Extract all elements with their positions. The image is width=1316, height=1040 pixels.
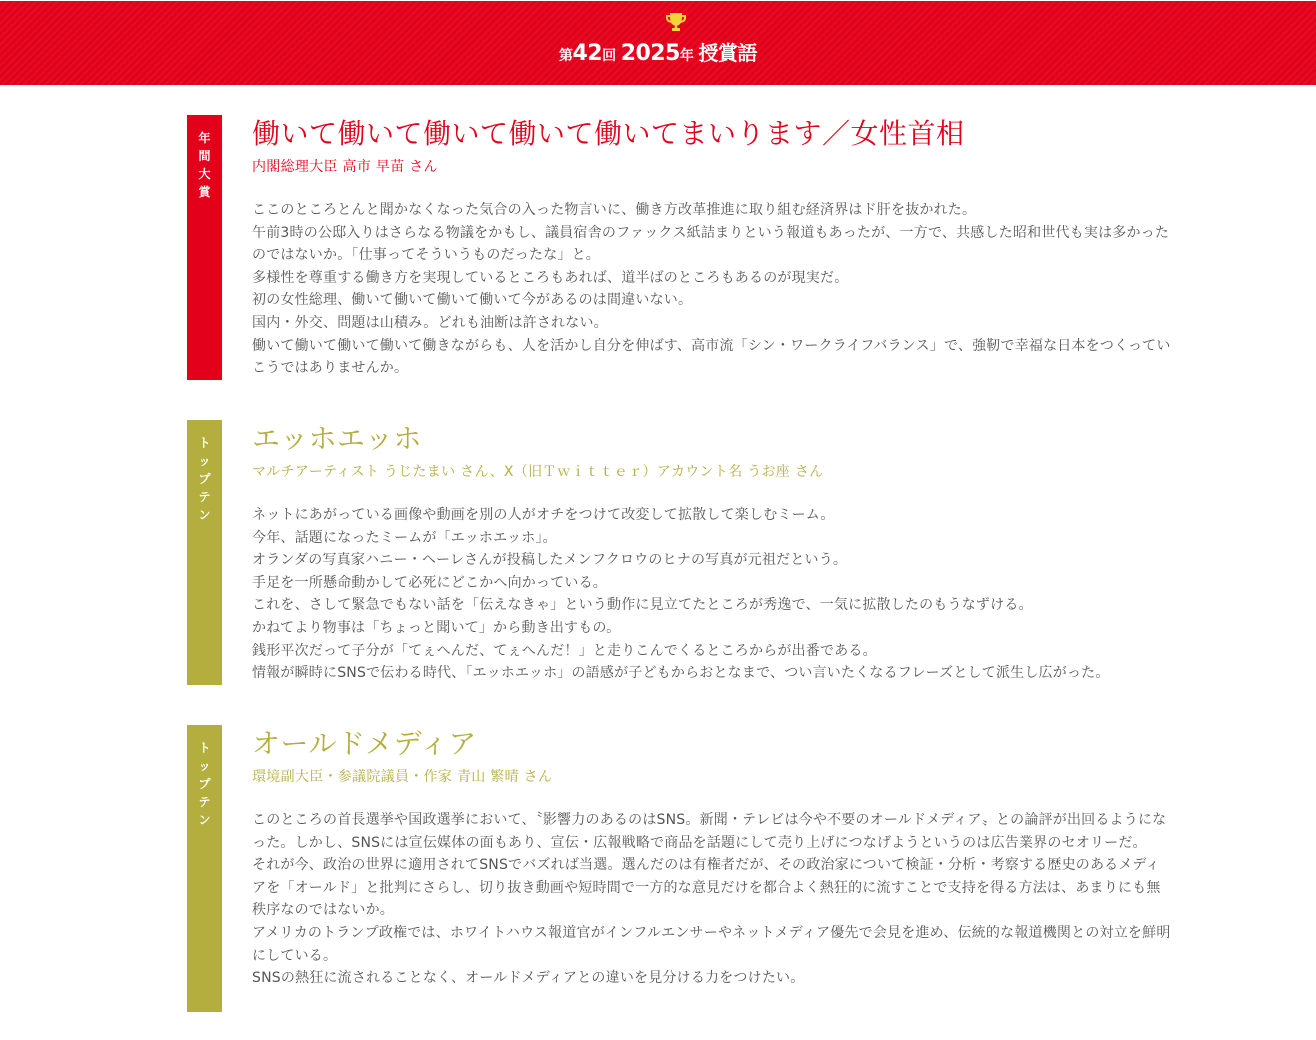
description-paragraph: SNSの熱狂に流されることなく、オールドメディアとの違いを見分ける力をつけたい。 — [252, 967, 1172, 990]
badge-char: プ — [187, 775, 222, 793]
description-paragraph: アメリカのトランプ政権では、ホワイトハウス報道官がインフルエンサーやネットメディ… — [252, 922, 1172, 967]
badge-char: ト — [187, 434, 222, 452]
trophy-icon — [665, 11, 687, 33]
description-paragraph: ここのところとんと聞かなくなった気合の入った物言いに、働き方改革推進に取り組む経… — [252, 199, 1172, 222]
award-phrase: 働いて働いて働いて働いて働いてまいります／女性首相 — [252, 115, 1172, 152]
year-suffix: 年 — [680, 48, 694, 64]
award-year: 2025 — [621, 41, 680, 66]
description-paragraph: かねてより物事は「ちょっと聞いて」から動き出すもの。 — [252, 617, 1172, 640]
award-recipient: マルチアーティスト うじたまい さん、X（旧Ｔｗｉｔｔｅｒ）アカウント名 うお座… — [252, 462, 1172, 482]
award-recipient: 内閣総理大臣 高市 早苗 さん — [252, 157, 1172, 177]
description-paragraph: このところの首長選挙や国政選挙において、〝影響力のあるのはSNS。新聞・テレビは… — [252, 809, 1172, 854]
award-content: 働いて働いて働いて働いて働いてまいります／女性首相 内閣総理大臣 高市 早苗 さ… — [252, 115, 1172, 380]
description-paragraph: 働いて働いて働いて働いて働きながらも、人を活かし自分を伸ばす、高市流「シン・ワー… — [252, 335, 1172, 380]
award-badge-top-ten: ト ッ プ テ ン — [187, 725, 222, 1012]
award-badge-grand-prize: 年 間 大 賞 — [187, 115, 222, 380]
award-description: このところの首長選挙や国政選挙において、〝影響力のあるのはSNS。新聞・テレビは… — [252, 809, 1172, 990]
award-description: ここのところとんと聞かなくなった気合の入った物言いに、働き方改革推進に取り組む経… — [252, 199, 1172, 380]
award-phrase: オールドメディア — [252, 725, 1172, 762]
award-recipient: 環境副大臣・参議院議員・作家 青山 繁晴 さん — [252, 767, 1172, 787]
description-paragraph: 情報が瞬時にSNSで伝わる時代、「エッホエッホ」の語感が子どもからおとなまで、つ… — [252, 662, 1172, 685]
badge-char: テ — [187, 793, 222, 811]
award-content: エッホエッホ マルチアーティスト うじたまい さん、X（旧Ｔｗｉｔｔｅｒ）アカウ… — [252, 420, 1172, 685]
description-paragraph: 初の女性総理、働いて働いて働いて働いて今があるのは間違いない。 — [252, 289, 1172, 312]
description-paragraph: これを、さして緊急でもない話を「伝えなきゃ」という動作に見立てたところが秀逸で、… — [252, 594, 1172, 617]
badge-char: ン — [187, 506, 222, 524]
badge-char: ン — [187, 811, 222, 829]
description-paragraph: 多様性を尊重する働き方を実現しているところもあれば、道半ばのところもあるのが現実… — [252, 267, 1172, 290]
description-paragraph: それが今、政治の世界に適用されてSNSでバズれば当選。選んだのは有権者だが、その… — [252, 854, 1172, 922]
description-paragraph: 銭形平次だって子分が「てぇへんだ、てぇへんだ！」と走りこんでくるところからが出番… — [252, 640, 1172, 663]
description-paragraph: 国内・外交、問題は山積み。どれも油断は許されない。 — [252, 312, 1172, 335]
page-title: 第42回 2025年 授賞語 — [0, 37, 1316, 66]
description-paragraph: オランダの写真家ハニー・ヘーレさんが投稿したメンフクロウのヒナの写真が元祖だとい… — [252, 549, 1172, 572]
badge-char: ッ — [187, 452, 222, 470]
title-prefix: 第 — [559, 48, 573, 64]
badge-char: 年 — [187, 129, 222, 147]
badge-char: 大 — [187, 165, 222, 183]
badge-char: 間 — [187, 147, 222, 165]
description-paragraph: 午前3時の公邸入りはさらなる物議をかもし、議員宿舎のファックス紙詰まりという報道… — [252, 222, 1172, 267]
description-paragraph: ネットにあがっている画像や動画を別の人がオチをつけて改変して拡散して楽しむミーム… — [252, 504, 1172, 527]
description-paragraph: 今年、話題になったミームが「エッホエッホ」。 — [252, 527, 1172, 550]
award-entry-grand-prize: 年 間 大 賞 働いて働いて働いて働いて働いてまいります／女性首相 内閣総理大臣… — [187, 115, 1177, 380]
award-badge-top-ten: ト ッ プ テ ン — [187, 420, 222, 685]
award-entry-top-ten: ト ッ プ テ ン オールドメディア 環境副大臣・参議院議員・作家 青山 繁晴 … — [187, 725, 1177, 1012]
badge-char: テ — [187, 488, 222, 506]
badge-char: 賞 — [187, 183, 222, 201]
edition-number: 42 — [572, 41, 602, 66]
badge-char: ッ — [187, 757, 222, 775]
award-title: 授賞語 — [699, 41, 758, 65]
award-content: オールドメディア 環境副大臣・参議院議員・作家 青山 繁晴 さん このところの首… — [252, 725, 1172, 990]
page-header: 第42回 2025年 授賞語 — [0, 0, 1316, 85]
award-description: ネットにあがっている画像や動画を別の人がオチをつけて改変して拡散して楽しむミーム… — [252, 504, 1172, 685]
edition-suffix: 回 — [602, 48, 616, 64]
badge-char: ト — [187, 739, 222, 757]
description-paragraph: 手足を一所懸命動かして必死にどこかへ向かっている。 — [252, 572, 1172, 595]
award-phrase: エッホエッホ — [252, 420, 1172, 457]
award-entry-top-ten: ト ッ プ テ ン エッホエッホ マルチアーティスト うじたまい さん、X（旧Ｔ… — [187, 420, 1177, 685]
badge-char: プ — [187, 470, 222, 488]
